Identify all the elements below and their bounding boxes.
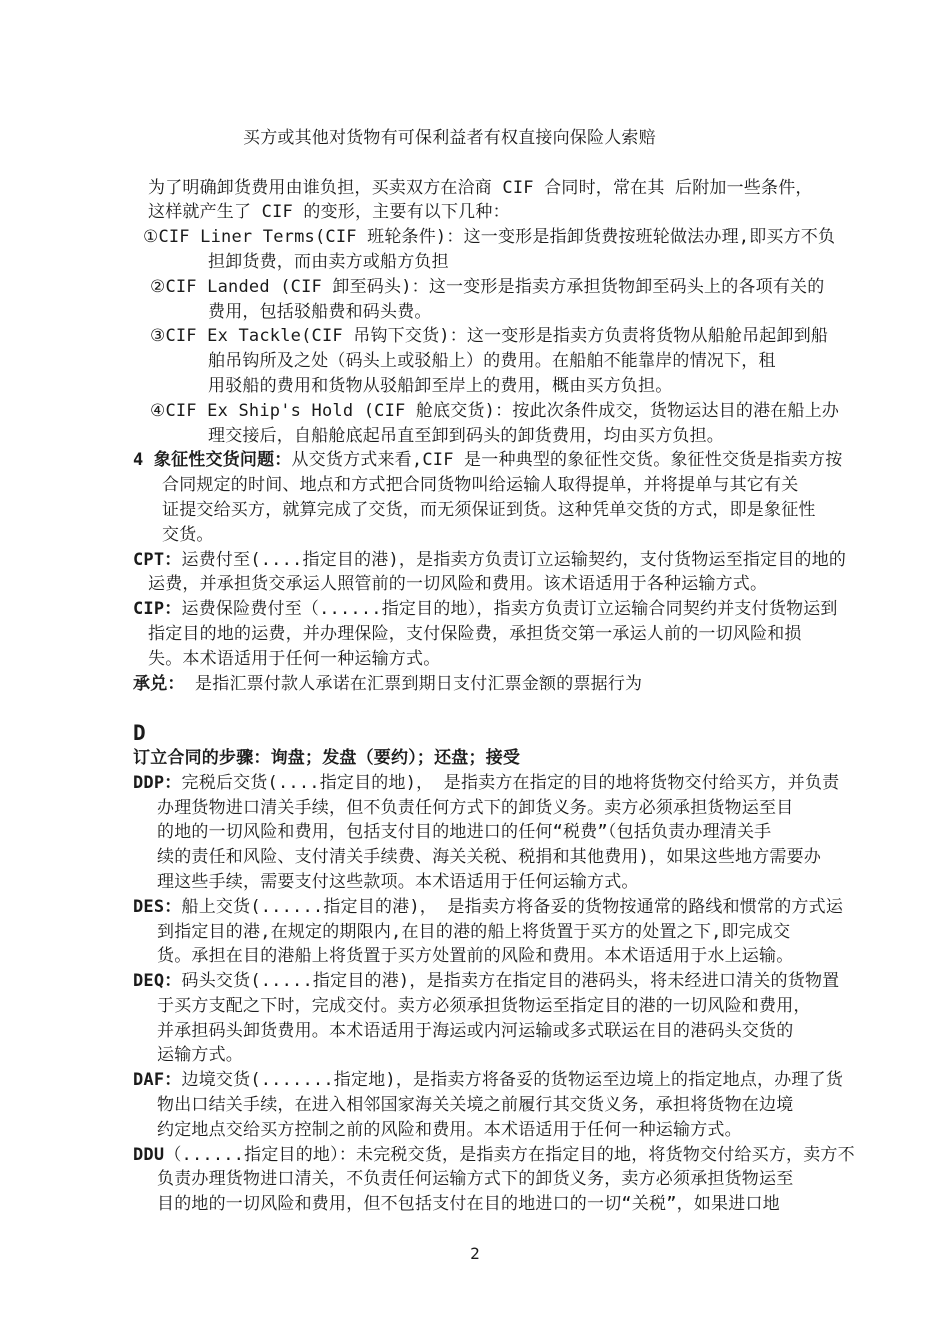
text-line: 承兑： 是指汇票付款人承诺在汇票到期日支付汇票金额的票据行为 [133, 672, 843, 697]
text-line: 费用，包括驳船费和码头费。 [133, 300, 843, 325]
line-text: 运费付至(....指定目的港)，是指卖方负责订立运输契约，支付货物运至指定目的地… [182, 550, 847, 570]
line-text: 是指汇票付款人承诺在汇票到期日支付汇票金额的票据行为 [185, 674, 643, 694]
text-line: 目的地的一切风险和费用，但不包括支付在目的地进口的一切“关税”，如果进口地 [133, 1192, 843, 1217]
line-text: 运费，并承担货交承运人照管前的一切风险和费用。该术语适用于各种运输方式。 [148, 574, 767, 594]
term-label: DES： [133, 897, 182, 917]
term-label: 承兑： [133, 674, 185, 694]
text-line: 合同规定的时间、地点和方式把合同货物叫给运输人取得提单，并将提单与其它有关 [133, 473, 843, 498]
line-text: 目的地的一切风险和费用，但不包括支付在目的地进口的一切“关税”，如果进口地 [157, 1194, 780, 1214]
line-text: ①CIF Liner Terms(CIF 班轮条件)：这一变形是指卸货费按班轮做… [143, 227, 835, 247]
line-text: D [133, 721, 146, 745]
line-text: ④CIF Ex Ship's Hold (CIF 舱底交货)：按此次条件成交，货… [150, 401, 839, 421]
line-text: 并承担码头卸货费用。本术语适用于海运或内河运输或多式联运在目的港码头交货的 [157, 1021, 793, 1041]
text-line: DDP：完税后交货(....指定目的地)， 是指卖方在指定的目的地将货物交付给买… [133, 771, 843, 796]
text-line: DAF：边境交货(.......指定地)，是指卖方将备妥的货物运至边境上的指定地… [133, 1068, 843, 1093]
term-label: CPT： [133, 550, 182, 570]
line-text: ②CIF Landed (CIF 卸至码头)：这一变形是指卖方承担货物卸至码头上… [150, 277, 824, 297]
line-text: 证提交给买方，就算完成了交货，而无须保证到货。这种凭单交货的方式，即是象征性 [162, 500, 816, 520]
term-label: DDU [133, 1145, 164, 1165]
term-label: 订立合同的步骤：询盘；发盘（要约）；还盘；接受 [133, 748, 520, 768]
text-line: 到指定目的港,在规定的期限内,在目的港的船上将货置于买方的处置之下,即完成交 [133, 920, 843, 945]
line-text: 买方或其他对货物有可保利益者有权直接向保险人索赔 [243, 128, 656, 148]
term-label: DAF： [133, 1070, 182, 1090]
line-text: 用驳船的费用和货物从驳船卸至岸上的费用，概由买方负担。 [208, 376, 672, 396]
text-line: 续的责任和风险、支付清关手续费、海关关税、税捐和其他费用)，如果这些地方需要办 [133, 845, 843, 870]
line-text: 到指定目的港,在规定的期限内,在目的港的船上将货置于买方的处置之下,即完成交 [157, 922, 790, 942]
line-text: 舶吊钩所及之处（码头上或驳船上）的费用。在船舶不能靠岸的情况下，租 [208, 351, 776, 371]
term-label: DDP： [133, 773, 182, 793]
text-line: 为了明确卸货费用由谁负担，买卖双方在洽商 CIF 合同时，常在其 后附加一些条件… [133, 176, 843, 201]
text-line: 的地的一切风险和费用，包括支付目的地进口的任何“税费”（包括负责办理清关手 [133, 820, 843, 845]
text-line: 证提交给买方，就算完成了交货，而无须保证到货。这种凭单交货的方式，即是象征性 [133, 498, 843, 523]
line-text: 这样就产生了 CIF 的变形，主要有以下几种： [148, 202, 510, 222]
line-text: 合同规定的时间、地点和方式把合同货物叫给运输人取得提单，并将提单与其它有关 [162, 475, 798, 495]
line-text: 完税后交货(....指定目的地)， 是指卖方在指定的目的地将货物交付给买方，并负… [182, 773, 840, 793]
line-text: （......指定目的地）：未完税交货，是指卖方在指定目的地，将货物交付给买方，… [164, 1145, 855, 1165]
text-line: 运输方式。 [133, 1043, 843, 1068]
text-line: 负责办理货物进口清关，不负责任何运输方式下的卸货义务，卖方必须承担货物运至 [133, 1167, 843, 1192]
line-text: 运输方式。 [157, 1045, 243, 1065]
text-line: D [133, 721, 843, 746]
text-line: 于买方支配之下时，完成交付。卖方必须承担货物运至指定目的港的一切风险和费用， [133, 994, 843, 1019]
text-line: 办理货物进口清关手续，但不负责任何方式下的卸货义务。卖方必须承担货物运至目 [133, 796, 843, 821]
text-line: 交货。 [133, 523, 843, 548]
text-line: DEQ：码头交货(.....指定目的港)，是指卖方在指定目的港码头，将未经进口清… [133, 969, 843, 994]
text-line: 舶吊钩所及之处（码头上或驳船上）的费用。在船舶不能靠岸的情况下，租 [133, 349, 843, 374]
text-line: 理交接后，自船舱底起吊直至卸到码头的卸货费用，均由买方负担。 [133, 424, 843, 449]
line-text: 码头交货(.....指定目的港)，是指卖方在指定目的港码头，将未经进口清关的货物… [182, 971, 840, 991]
text-line: 担卸货费，而由卖方或船方负担 [133, 250, 843, 275]
line-text: 交货。 [162, 525, 214, 545]
text-line: 这样就产生了 CIF 的变形，主要有以下几种： [133, 200, 843, 225]
text-line: 货。承担在目的港船上将货置于买方处置前的风险和费用。本术语适用于水上运输。 [133, 944, 843, 969]
term-label: CIP： [133, 599, 182, 619]
text-line: 运费，并承担货交承运人照管前的一切风险和费用。该术语适用于各种运输方式。 [133, 572, 843, 597]
blank-line [133, 151, 843, 176]
text-line: DES：船上交货(......指定目的港)， 是指卖方将备妥的货物按通常的路线和… [133, 895, 843, 920]
line-text: 为了明确卸货费用由谁负担，买卖双方在洽商 CIF 合同时，常在其 后附加一些条件… [148, 178, 813, 198]
term-label: DEQ： [133, 971, 182, 991]
text-line: 买方或其他对货物有可保利益者有权直接向保险人索赔 [133, 126, 843, 151]
text-line: 订立合同的步骤：询盘；发盘（要约）；还盘；接受 [133, 746, 843, 771]
text-line: DDU（......指定目的地）：未完税交货，是指卖方在指定目的地，将货物交付给… [133, 1143, 843, 1168]
line-text: 于买方支配之下时，完成交付。卖方必须承担货物运至指定目的港的一切风险和费用， [157, 996, 811, 1016]
text-line: 失。本术语适用于任何一种运输方式。 [133, 647, 843, 672]
line-text: 办理货物进口清关手续，但不负责任何方式下的卸货义务。卖方必须承担货物运至目 [157, 798, 793, 818]
text-line: 指定目的地的运费，并办理保险，支付保险费，承担货交第一承运人前的一切风险和损 [133, 622, 843, 647]
line-text: 费用，包括驳船费和码头费。 [208, 302, 432, 322]
term-label: 4 象征性交货问题： [133, 450, 291, 470]
line-text: 理这些手续，需要支付这些款项。本术语适用于任何运输方式。 [157, 872, 639, 892]
line-text: 运费保险费付至（......指定目的地），指卖方负责订立运输合同契约并支付货物运… [182, 599, 838, 619]
text-line: ③CIF Ex Tackle(CIF 吊钩下交货)：这一变形是指卖方负责将货物从… [133, 324, 843, 349]
blank-line [133, 696, 843, 721]
line-text: 约定地点交给买方控制之前的风险和费用。本术语适用于任何一种运输方式。 [157, 1120, 742, 1140]
line-text: ③CIF Ex Tackle(CIF 吊钩下交货)：这一变形是指卖方负责将货物从… [150, 326, 828, 346]
line-text: 物出口结关手续，在进入相邻国家海关关境之前履行其交货义务，承担将货物在边境 [157, 1095, 793, 1115]
page-content: 买方或其他对货物有可保利益者有权直接向保险人索赔 为了明确卸货费用由谁负担，买卖… [133, 126, 843, 1217]
text-line: 用驳船的费用和货物从驳船卸至岸上的费用，概由买方负担。 [133, 374, 843, 399]
text-line: ①CIF Liner Terms(CIF 班轮条件)：这一变形是指卸货费按班轮做… [133, 225, 843, 250]
text-line: CIP：运费保险费付至（......指定目的地），指卖方负责订立运输合同契约并支… [133, 597, 843, 622]
line-text: 负责办理货物进口清关，不负责任何运输方式下的卸货义务，卖方必须承担货物运至 [157, 1169, 793, 1189]
text-line: 并承担码头卸货费用。本术语适用于海运或内河运输或多式联运在目的港码头交货的 [133, 1019, 843, 1044]
line-text: 续的责任和风险、支付清关手续费、海关关税、税捐和其他费用)，如果这些地方需要办 [157, 847, 821, 867]
text-line: 理这些手续，需要支付这些款项。本术语适用于任何运输方式。 [133, 870, 843, 895]
line-text: 从交货方式来看,CIF 是一种典型的象征性交货。象征性交货是指卖方按 [291, 450, 842, 470]
text-line: CPT：运费付至(....指定目的港)，是指卖方负责订立运输契约，支付货物运至指… [133, 548, 843, 573]
text-line: 约定地点交给买方控制之前的风险和费用。本术语适用于任何一种运输方式。 [133, 1118, 843, 1143]
text-line: ④CIF Ex Ship's Hold (CIF 舱底交货)：按此次条件成交，货… [133, 399, 843, 424]
line-text: 理交接后，自船舱底起吊直至卸到码头的卸货费用，均由买方负担。 [208, 426, 724, 446]
text-line: ②CIF Landed (CIF 卸至码头)：这一变形是指卖方承担货物卸至码头上… [133, 275, 843, 300]
line-text: 指定目的地的运费，并办理保险，支付保险费，承担货交第一承运人前的一切风险和损 [148, 624, 802, 644]
line-text: 船上交货(......指定目的港)， 是指卖方将备妥的货物按通常的路线和惯常的方… [182, 897, 844, 917]
line-text: 的地的一切风险和费用，包括支付目的地进口的任何“税费”（包括负责办理清关手 [157, 822, 771, 842]
line-text: 担卸货费，而由卖方或船方负担 [208, 252, 449, 272]
line-text: 边境交货(.......指定地)，是指卖方将备妥的货物运至边境上的指定地点，办理… [182, 1070, 844, 1090]
page-number: 2 [0, 1242, 950, 1266]
text-line: 物出口结关手续，在进入相邻国家海关关境之前履行其交货义务，承担将货物在边境 [133, 1093, 843, 1118]
text-line: 4 象征性交货问题：从交货方式来看,CIF 是一种典型的象征性交货。象征性交货是… [133, 448, 843, 473]
line-text: 货。承担在目的港船上将货置于买方处置前的风险和费用。本术语适用于水上运输。 [157, 946, 793, 966]
document-page: 买方或其他对货物有可保利益者有权直接向保险人索赔 为了明确卸货费用由谁负担，买卖… [0, 0, 950, 1344]
line-text: 失。本术语适用于任何一种运输方式。 [148, 649, 440, 669]
